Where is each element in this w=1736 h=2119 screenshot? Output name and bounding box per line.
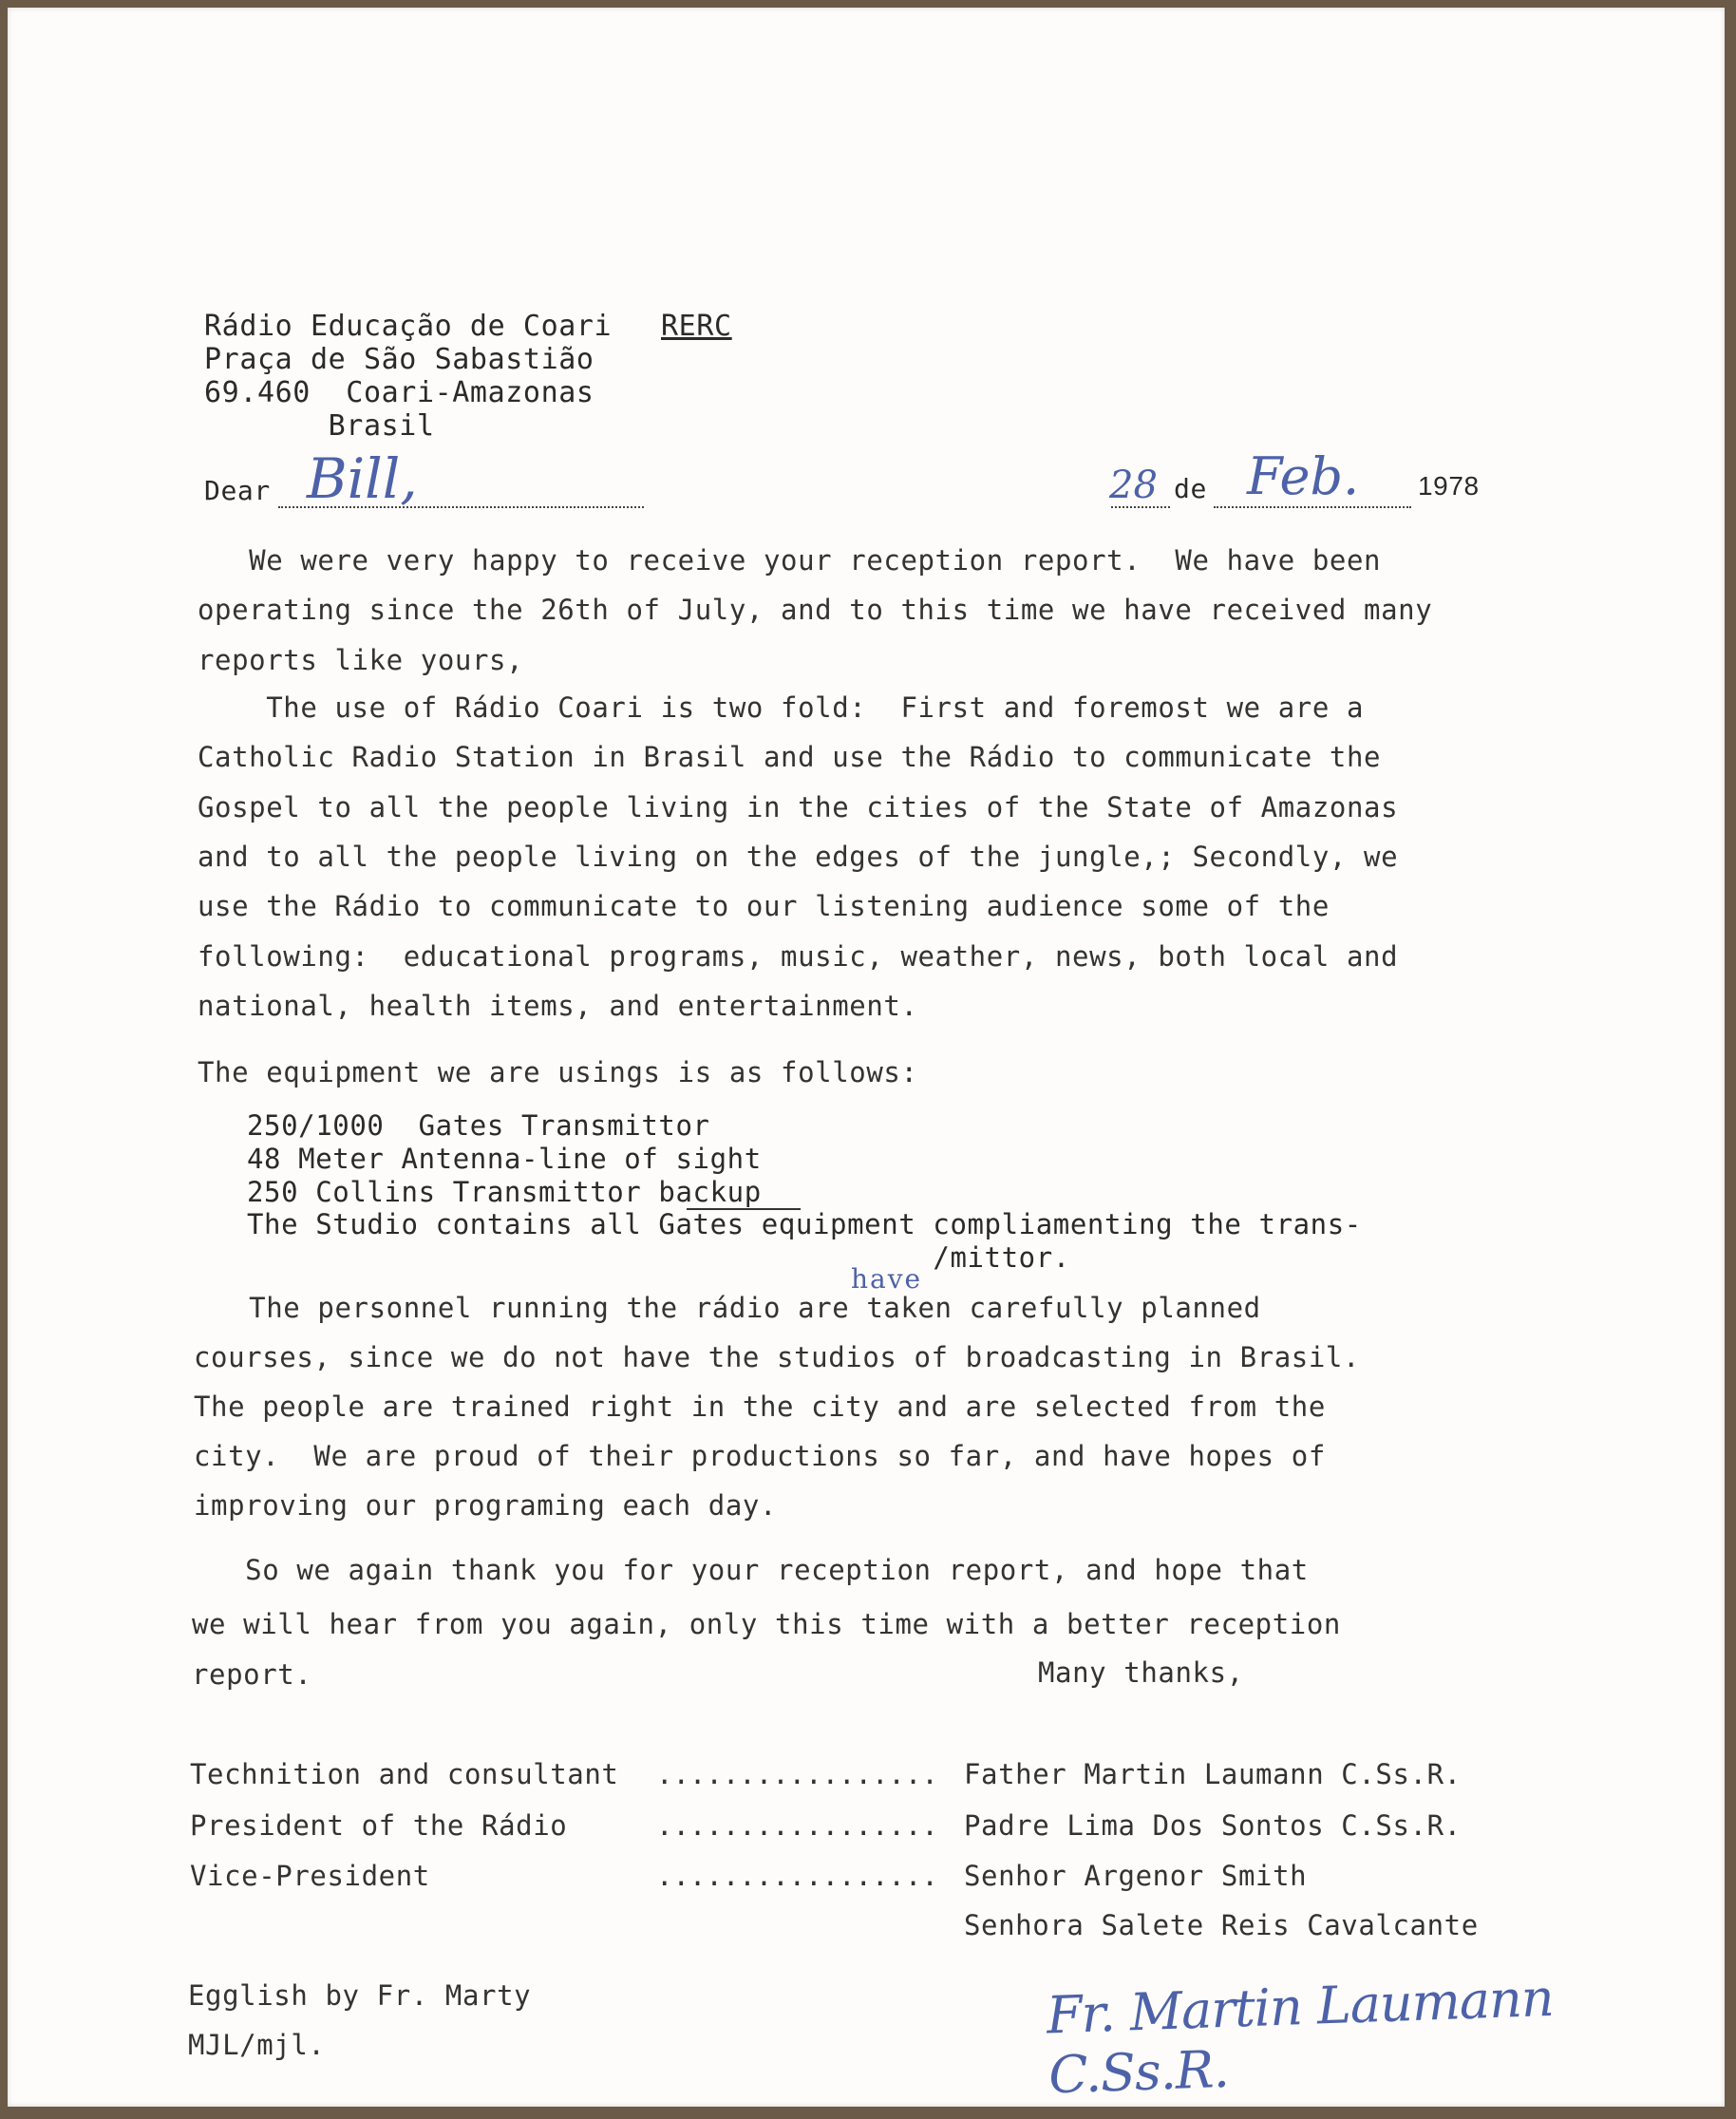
paragraph-2-line-4: and to all the people living on the edge…	[198, 841, 1398, 873]
date-day: 28	[1109, 464, 1158, 507]
equipment-item-4: The Studio contains all Gates equipment …	[247, 1208, 1362, 1240]
signature: Fr. Martin Laumann C.Ss.R.	[1046, 1962, 1727, 2106]
date-month-line	[1214, 506, 1411, 508]
paragraph-3-line-1: The personnel running the rádio are take…	[198, 1292, 1261, 1324]
paragraph-3-line-3: The people are trained right in the city…	[194, 1391, 1326, 1423]
letter-page: Rádio Educação de Coari RERC Praça de Sã…	[8, 8, 1725, 2107]
staff-role-1: Technition and consultant	[190, 1758, 619, 1790]
date-day-line	[1111, 506, 1170, 508]
date-connector: de	[1174, 473, 1207, 504]
paragraph-2-line-6: following: educational programs, music, …	[198, 940, 1398, 973]
paragraph-2-line-1: The use of Rádio Coari is two fold: Firs…	[198, 691, 1364, 724]
paragraph-3-line-4: city. We are proud of their productions …	[194, 1440, 1326, 1472]
equipment-item-3: 250 Collins Transmittor backup	[247, 1176, 762, 1208]
paragraph-2-line-3: Gospel to all the people living in the c…	[198, 791, 1398, 823]
paragraph-1-line-1: We were very happy to receive your recep…	[198, 544, 1381, 577]
staff-role-3: Vice-President	[190, 1860, 430, 1892]
letterhead-station: Rádio Educação de Coari	[204, 310, 612, 343]
letterhead-street: Praça de São Sabastião	[204, 343, 594, 376]
staff-name-3: Senhor Argenor Smith	[964, 1860, 1307, 1892]
salutation-prefix: Dear	[204, 475, 271, 506]
salutation-name: Bill,	[307, 446, 418, 511]
staff-leader-2: .................	[656, 1809, 938, 1842]
date-month: Feb.	[1247, 446, 1359, 506]
equipment-intro: The equipment we are usings is as follow…	[198, 1056, 918, 1088]
paragraph-2-line-2: Catholic Radio Station in Brasil and use…	[198, 741, 1381, 773]
paragraph-4-line-3: report.	[192, 1658, 311, 1691]
translation-note: Egglish by Fr. Marty	[188, 1979, 531, 2012]
typist-initials: MJL/mjl.	[188, 2029, 325, 2061]
equipment-item-4-cont: /mittor.	[247, 1241, 1070, 1274]
paragraph-4-line-2: we will hear from you again, only this t…	[192, 1608, 1341, 1640]
staff-leader-1: .................	[656, 1758, 938, 1790]
paragraph-1-line-2: operating since the 26th of July, and to…	[198, 594, 1432, 626]
staff-name-2: Padre Lima Dos Sontos C.Ss.R.	[964, 1809, 1462, 1842]
staff-name-1: Father Martin Laumann C.Ss.R.	[964, 1758, 1462, 1790]
letterhead-city: 69.460 Coari-Amazonas	[204, 376, 594, 409]
staff-leader-3: .................	[656, 1860, 938, 1892]
paragraph-2-line-7: national, health items, and entertainmen…	[198, 990, 918, 1022]
paragraph-2-line-5: use the Rádio to communicate to our list…	[198, 890, 1330, 922]
paragraph-4-line-1: So we again thank you for your reception…	[194, 1554, 1309, 1586]
date-year: 1978	[1418, 471, 1480, 501]
equipment-item-1: 250/1000 Gates Transmittor	[247, 1109, 710, 1142]
paragraph-3-line-5: improving our programing each day.	[194, 1489, 777, 1522]
call-sign: RERC	[661, 310, 732, 343]
staff-role-2: President of the Rádio	[190, 1809, 567, 1842]
closing: Many thanks,	[1038, 1656, 1244, 1689]
staff-name-4: Senhora Salete Reis Cavalcante	[964, 1909, 1479, 1941]
paragraph-3-line-2: courses, since we do not have the studio…	[194, 1341, 1360, 1373]
letterhead-country: Brasil	[204, 409, 435, 443]
handwritten-correction: have	[851, 1263, 922, 1295]
paragraph-1-line-3: reports like yours,	[198, 644, 523, 676]
equipment-item-2: 48 Meter Antenna-line of sight	[247, 1143, 762, 1175]
